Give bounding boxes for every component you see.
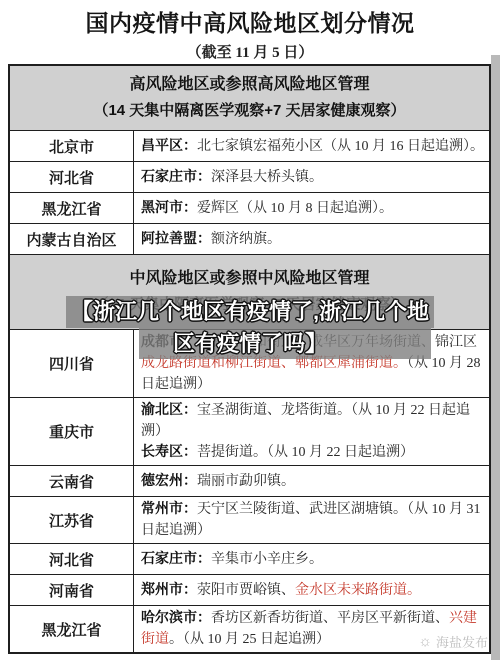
overlay-line2-wrap: 区有疫情了吗】 — [0, 328, 500, 359]
province-cell: 内蒙古自治区 — [10, 224, 134, 254]
province-cell: 黑龙江省 — [10, 606, 134, 652]
overlay-text-line2: 区有疫情了吗】 — [139, 328, 431, 359]
detail-paragraph: 德宏州：瑞丽市勐卯镇。 — [141, 471, 487, 492]
province-cell: 重庆市 — [10, 398, 134, 465]
detail-text: 荥阳市贾峪镇、 — [197, 583, 295, 598]
province-cell: 河南省 — [10, 575, 134, 605]
detail-text: 辛集市小辛庄乡。 — [211, 552, 323, 567]
detail-cell: 阿拉善盟：额济纳旗。 — [134, 224, 489, 254]
city-label: 长寿区： — [141, 445, 197, 460]
section-header-line1: 中风险地区或参照中风险地区管理 — [12, 266, 487, 292]
red-highlight-text: 金水区未来路街道。 — [295, 583, 421, 598]
province-cell: 北京市 — [10, 131, 134, 161]
table-row: 黑龙江省哈尔滨市：香坊区新香坊街道、平房区平新街道、兴建街道。（从 10 月 2… — [10, 606, 489, 652]
detail-text: 深泽县大桥头镇。 — [211, 170, 323, 185]
detail-text: 。（从 10 月 25 日起追溯） — [169, 632, 330, 647]
table-row: 河北省石家庄市：辛集市小辛庄乡。 — [10, 544, 489, 575]
detail-cell: 黑河市：爱辉区（从 10 月 8 日起追溯）。 — [134, 193, 489, 223]
detail-cell: 昌平区：北七家镇宏福苑小区（从 10 月 16 日起追溯）。 — [134, 131, 489, 161]
watermark-logo-icon: ☼ — [418, 634, 432, 649]
detail-cell: 德宏州：瑞丽市勐卯镇。 — [134, 466, 489, 496]
watermark: ☼ 海盐发布 — [418, 632, 488, 651]
detail-cell: 渝北区：宝圣湖街道、龙塔街道。（从 10 月 22 日起追溯）长寿区：菩提街道。… — [134, 398, 489, 465]
risk-table: 高风险地区或参照高风险地区管理（14 天集中隔离医学观察+7 天居家健康观察）北… — [8, 64, 491, 654]
detail-text: 瑞丽市勐卯镇。 — [197, 474, 295, 489]
table-row: 内蒙古自治区阿拉善盟：额济纳旗。 — [10, 224, 489, 255]
detail-cell: 郑州市：荥阳市贾峪镇、金水区未来路街道。 — [134, 575, 489, 605]
city-label: 阿拉善盟： — [141, 232, 211, 247]
detail-text: 北七家镇宏福苑小区（从 10 月 16 日起追溯）。 — [197, 139, 484, 154]
detail-paragraph: 郑州市：荥阳市贾峪镇、金水区未来路街道。 — [141, 580, 487, 601]
city-label: 黑河市： — [141, 201, 197, 216]
detail-paragraph: 渝北区：宝圣湖街道、龙塔街道。（从 10 月 22 日起追溯） — [141, 400, 487, 442]
province-cell: 黑龙江省 — [10, 193, 134, 223]
page: 国内疫情中高风险地区划分情况 （截至 11 月 5 日） 高风险地区或参照高风险… — [0, 0, 500, 660]
city-label: 郑州市： — [141, 583, 197, 598]
table-row: 北京市昌平区：北七家镇宏福苑小区（从 10 月 16 日起追溯）。 — [10, 131, 489, 162]
city-label: 石家庄市： — [141, 552, 211, 567]
table-row: 河北省石家庄市：深泽县大桥头镇。 — [10, 162, 489, 193]
province-cell: 河北省 — [10, 162, 134, 192]
section-header-line2: （14 天集中隔离医学观察+7 天居家健康观察） — [12, 98, 487, 124]
page-title: 国内疫情中高风险地区划分情况 — [0, 5, 500, 38]
table-row: 黑龙江省黑河市：爱辉区（从 10 月 8 日起追溯）。 — [10, 193, 489, 224]
detail-paragraph: 石家庄市：深泽县大桥头镇。 — [141, 167, 487, 188]
city-label: 石家庄市： — [141, 170, 211, 185]
table-row: 重庆市渝北区：宝圣湖街道、龙塔街道。（从 10 月 22 日起追溯）长寿区：菩提… — [10, 398, 489, 466]
detail-cell: 石家庄市：辛集市小辛庄乡。 — [134, 544, 489, 574]
caption-overlay: 【浙江几个地区有疫情了,浙江几个地 区有疫情了吗】 — [0, 296, 500, 359]
detail-text: 爱辉区（从 10 月 8 日起追溯）。 — [197, 201, 393, 216]
detail-cell: 石家庄市：深泽县大桥头镇。 — [134, 162, 489, 192]
province-cell: 江苏省 — [10, 497, 134, 543]
city-label: 渝北区： — [141, 403, 197, 418]
detail-text: 菩提街道。（从 10 月 22 日起追溯） — [197, 445, 414, 460]
table-row: 河南省郑州市：荥阳市贾峪镇、金水区未来路街道。 — [10, 575, 489, 606]
detail-paragraph: 昌平区：北七家镇宏福苑小区（从 10 月 16 日起追溯）。 — [141, 136, 487, 157]
table-row: 江苏省常州市：天宁区兰陵街道、武进区湖塘镇。（从 10 月 31 日起追溯） — [10, 497, 489, 544]
watermark-text: 海盐发布 — [436, 632, 488, 651]
province-cell: 河北省 — [10, 544, 134, 574]
section-header-high-risk: 高风险地区或参照高风险地区管理（14 天集中隔离医学观察+7 天居家健康观察） — [10, 66, 489, 131]
detail-text: 额济纳旗。 — [211, 232, 281, 247]
detail-text: 香坊区新香坊街道、平房区平新街道、 — [211, 611, 449, 626]
detail-paragraph: 常州市：天宁区兰陵街道、武进区湖塘镇。（从 10 月 31 日起追溯） — [141, 499, 487, 541]
detail-cell: 常州市：天宁区兰陵街道、武进区湖塘镇。（从 10 月 31 日起追溯） — [134, 497, 489, 543]
detail-paragraph: 黑河市：爱辉区（从 10 月 8 日起追溯）。 — [141, 198, 487, 219]
detail-paragraph: 石家庄市：辛集市小辛庄乡。 — [141, 549, 487, 570]
city-label: 昌平区： — [141, 139, 197, 154]
city-label: 德宏州： — [141, 474, 197, 489]
city-label: 哈尔滨市： — [141, 611, 211, 626]
page-subtitle: （截至 11 月 5 日） — [0, 41, 500, 62]
table-row: 云南省德宏州：瑞丽市勐卯镇。 — [10, 466, 489, 497]
section-header-line1: 高风险地区或参照高风险地区管理 — [12, 72, 487, 98]
overlay-text-line1: 【浙江几个地区有疫情了,浙江几个地 — [66, 296, 434, 328]
detail-paragraph: 阿拉善盟：额济纳旗。 — [141, 229, 487, 250]
city-label: 常州市： — [141, 502, 197, 517]
province-cell: 云南省 — [10, 466, 134, 496]
detail-paragraph: 长寿区：菩提街道。（从 10 月 22 日起追溯） — [141, 442, 487, 463]
